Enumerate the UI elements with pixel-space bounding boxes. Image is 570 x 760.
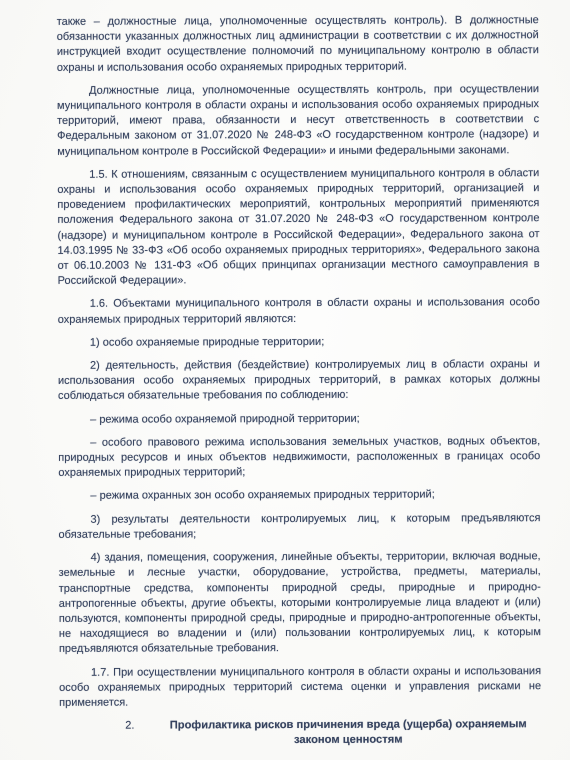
- section-heading: 2.Профилактика рисков причинения вреда (…: [59, 717, 541, 749]
- paragraph: 1) особо охраняемые природные территории…: [58, 334, 540, 351]
- section-heading-text: Профилактика рисков причинения вреда (ущ…: [155, 717, 541, 749]
- paragraph: – особого правового режима использования…: [58, 434, 540, 481]
- paragraph: 2) деятельность, действия (бездействие) …: [58, 357, 540, 404]
- section-heading-number: 2.: [125, 719, 155, 750]
- paragraph: – режима особо охраняемой природной терр…: [58, 411, 540, 428]
- paragraph: 1.5. К отношениям, связанным с осуществл…: [57, 166, 539, 289]
- paragraph: 4) здания, помещения, сооружения, линейн…: [59, 549, 541, 657]
- document-content: также – должностные лица, уполномоченные…: [57, 13, 542, 749]
- paragraph: также – должностные лица, уполномоченные…: [57, 13, 539, 75]
- paragraph: 1.7. При осуществлении муниципального ко…: [59, 664, 541, 711]
- paragraph: 1.6. Объектами муниципального контроля в…: [58, 296, 540, 328]
- document-page: также – должностные лица, уполномоченные…: [0, 0, 570, 760]
- paragraph: – режима охранных зон особо охраняемых п…: [58, 488, 540, 505]
- paragraph: 3) результаты деятельности контролируемы…: [58, 511, 540, 543]
- paragraph: Должностные лица, уполномоченные осущест…: [57, 82, 539, 160]
